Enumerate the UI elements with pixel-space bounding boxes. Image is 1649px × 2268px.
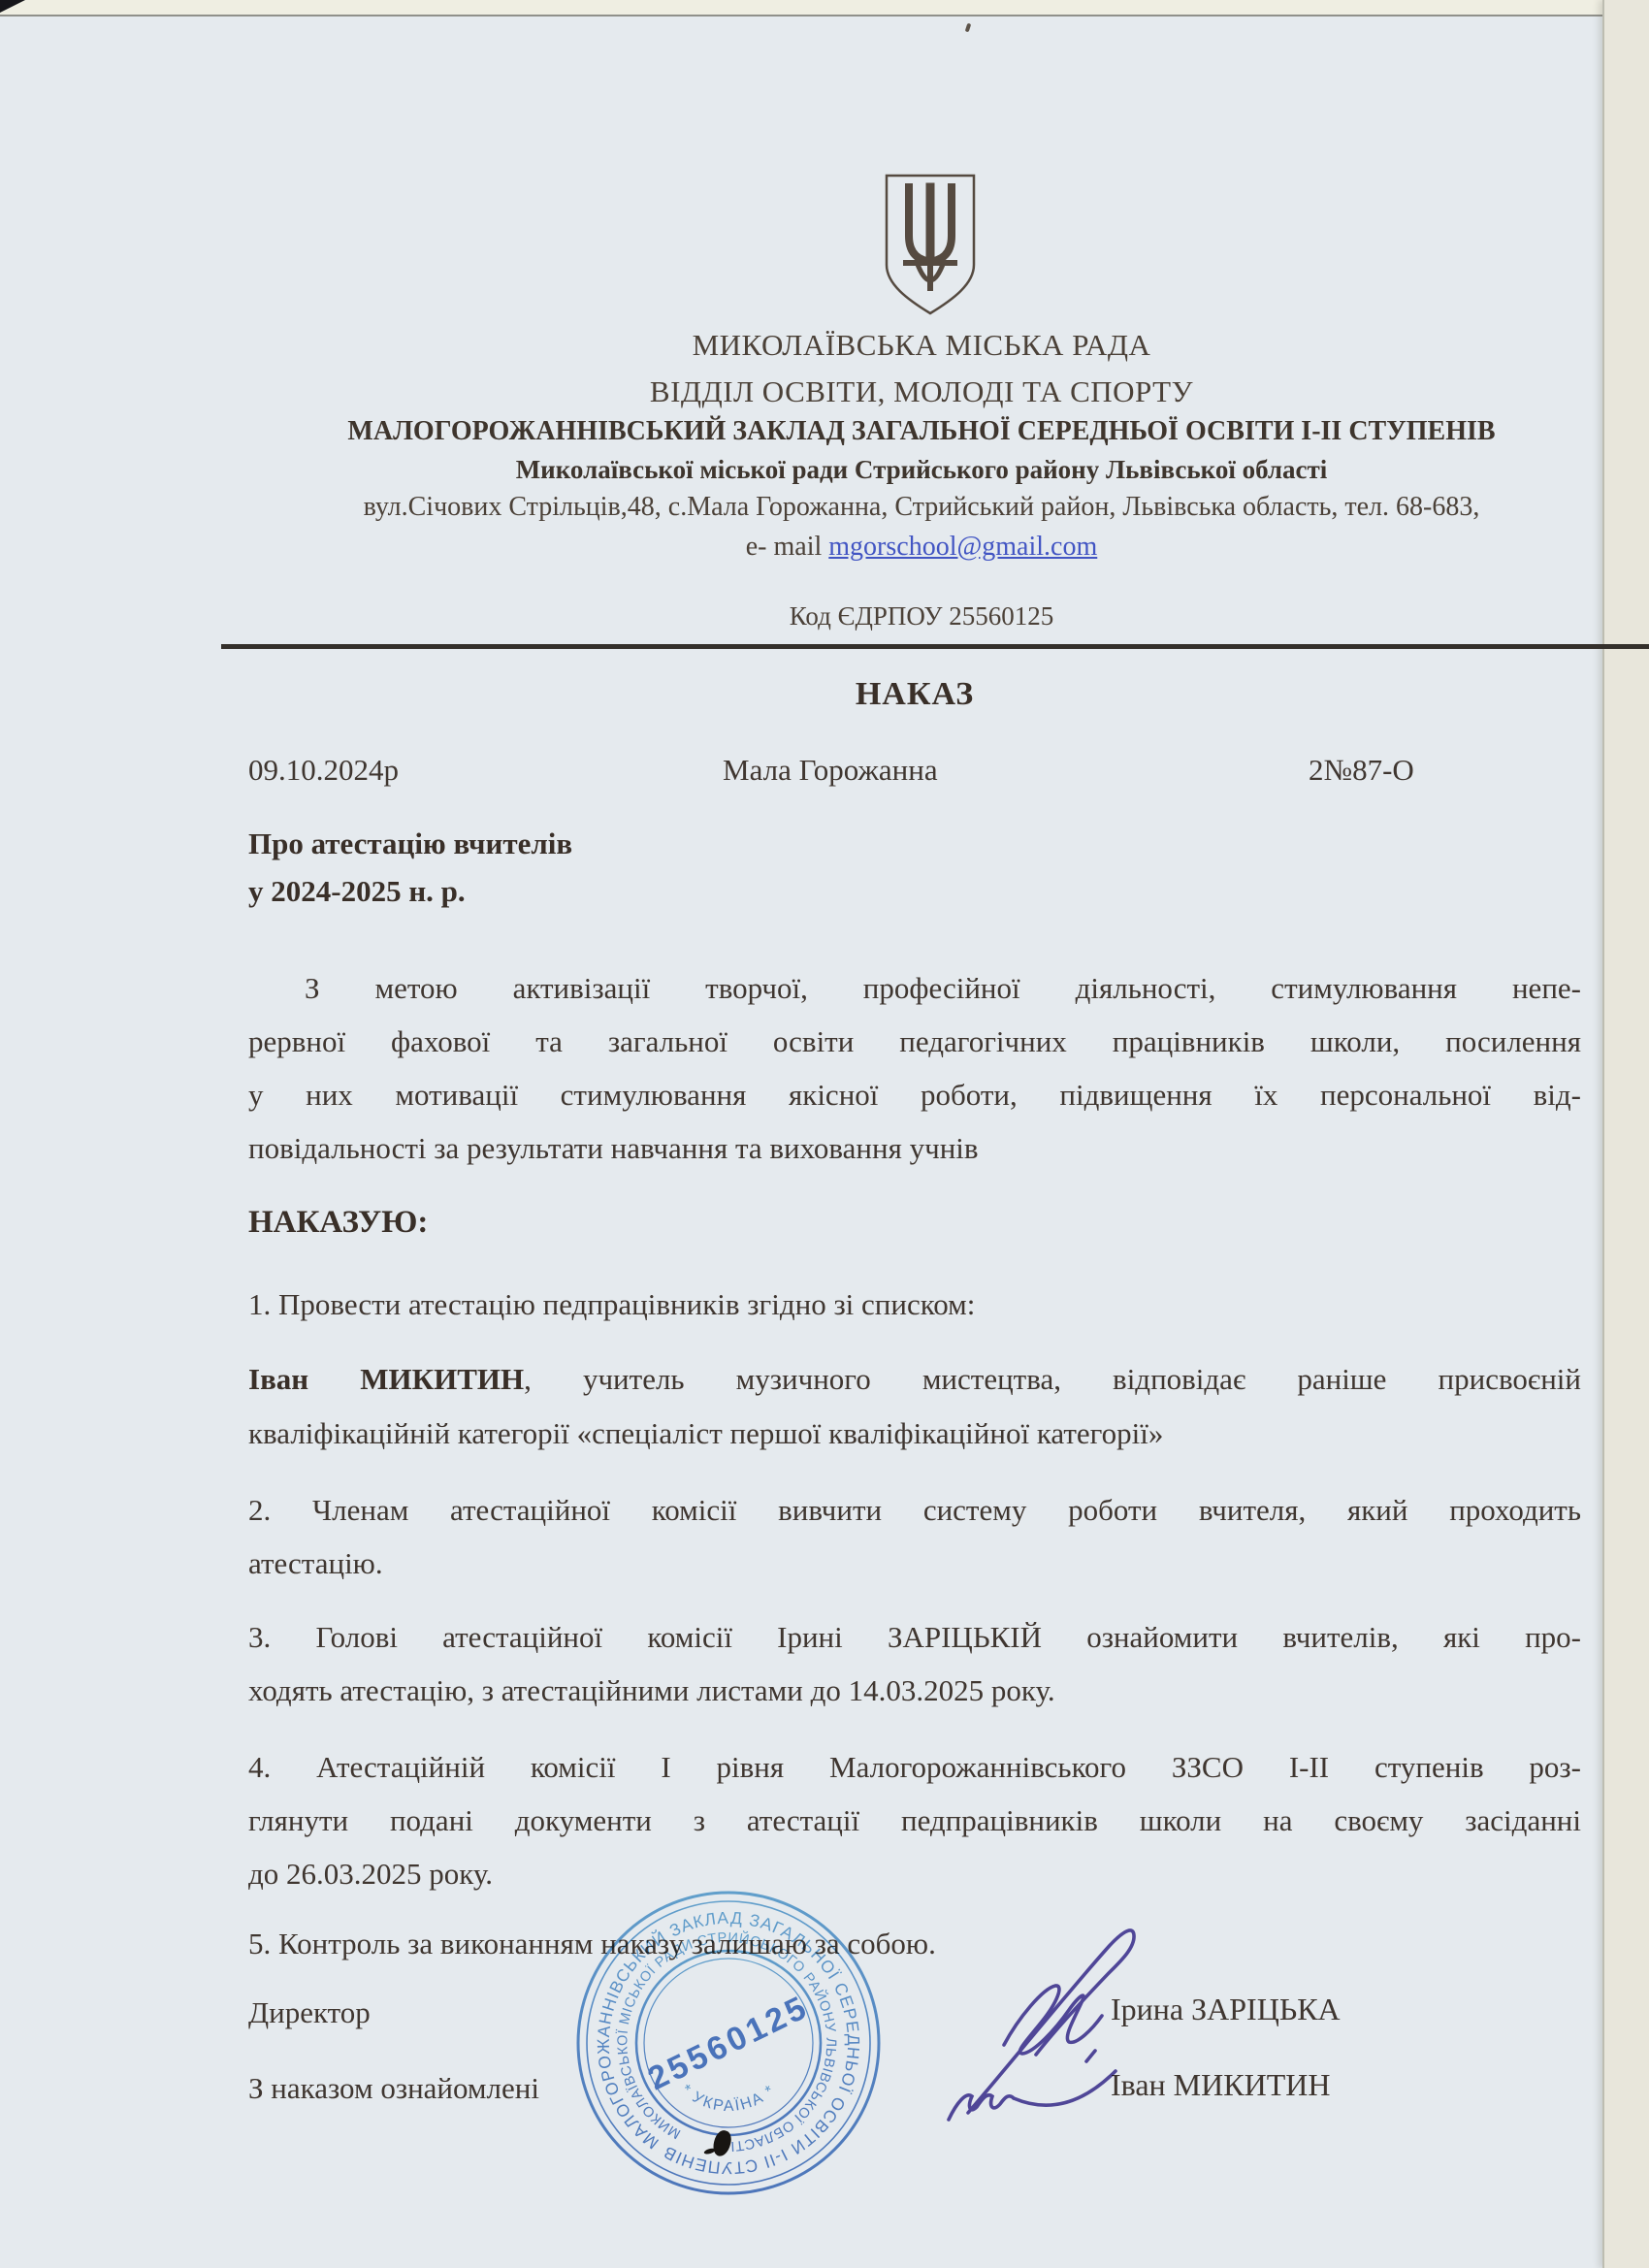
official-round-stamp: МАЛОГОРОЖАННІВСЬКИЙ ЗАКЛАД ЗАГАЛЬНОЇ СЕР… [525, 1839, 932, 2247]
order-subject-line1: Про атестацію вчителів [248, 826, 1581, 863]
org-email-line: e- mail mgorschool@gmail.com [194, 532, 1649, 563]
teacher-line1: Іван МИКИТИН, учитель музичного мистецтв… [248, 1361, 1581, 1399]
order-subject-line2: у 2024-2025 н. р. [248, 873, 1581, 911]
preamble-line: З метою активізації творчої, професійної… [248, 970, 1581, 1008]
header-divider [221, 644, 1649, 649]
stamp-edrpou-number: 25560125 [642, 1989, 815, 2098]
dust-speck [965, 23, 972, 33]
order-title: НАКАЗ [248, 674, 1581, 716]
stamp-country-text: * УКРАЇНА * [678, 2082, 780, 2115]
preamble-line: рервної фахової та загальної освіти педа… [248, 1023, 1581, 1061]
teacher-name: Іван МИКИТИН [248, 1362, 524, 1396]
org-name-department: ВІДДІЛ ОСВІТИ, МОЛОДІ ТА СПОРТУ [194, 374, 1649, 409]
order-number: 2№87-О [1309, 752, 1414, 790]
order-item-3-line: ходять атестацію, з атестаційними листам… [248, 1672, 1581, 1710]
order-item-1: 1. Провести атестацію педпрацівників згі… [248, 1286, 1581, 1324]
order-item-2-line: атестацію. [248, 1545, 1581, 1583]
scanned-document: МИКОЛАЇВСЬКА МІСЬКА РАДА ВІДДІЛ ОСВІТИ, … [0, 0, 1649, 2268]
svg-text:* УКРАЇНА *: * УКРАЇНА * [678, 2082, 780, 2115]
edrpou-code: Код ЄДРПОУ 25560125 [194, 601, 1649, 632]
teacher-description: , учитель музичного мистецтва, відповіда… [524, 1362, 1581, 1396]
email-label: e- mail [746, 532, 829, 562]
order-item-2-line: 2. Членам атестаційної комісії вивчити с… [248, 1492, 1581, 1530]
org-name-city-council: МИКОЛАЇВСЬКА МІСЬКА РАДА [194, 328, 1649, 363]
preamble-line: повідальності за результати навчання та … [248, 1130, 1581, 1168]
order-date: 09.10.2024р [248, 752, 399, 790]
order-item-4-line: глянути подані документи з атестації пед… [248, 1802, 1581, 1840]
scanner-corner-artifact [0, 0, 25, 13]
teacher-line2: кваліфікаційній категорії «спеціаліст пе… [248, 1415, 1581, 1453]
order-place: Мала Горожанна [723, 752, 938, 790]
order-item-3-line: 3. Голові атестаційної комісії Ірині ЗАР… [248, 1619, 1581, 1657]
org-name-school: МАЛОГОРОЖАННІВСЬКИЙ ЗАКЛАД ЗАГАЛЬНОЇ СЕР… [194, 416, 1649, 447]
scanner-top-band [0, 0, 1649, 16]
preamble-line: у них мотивації стимулювання якісної роб… [248, 1077, 1581, 1115]
resolve-label: НАКАЗУЮ: [248, 1203, 1581, 1243]
handwritten-signature-ink [921, 1892, 1183, 2154]
tryzub-emblem-icon [879, 172, 982, 317]
org-name-subordination: Миколаївської міської ради Стрийського р… [194, 455, 1649, 485]
order-item-4-line: 4. Атестаційній комісії І рівня Малогоро… [248, 1749, 1581, 1787]
email-link: mgorschool@gmail.com [828, 532, 1097, 562]
org-address: вул.Січових Стрільців,48, с.Мала Горожан… [194, 492, 1649, 523]
